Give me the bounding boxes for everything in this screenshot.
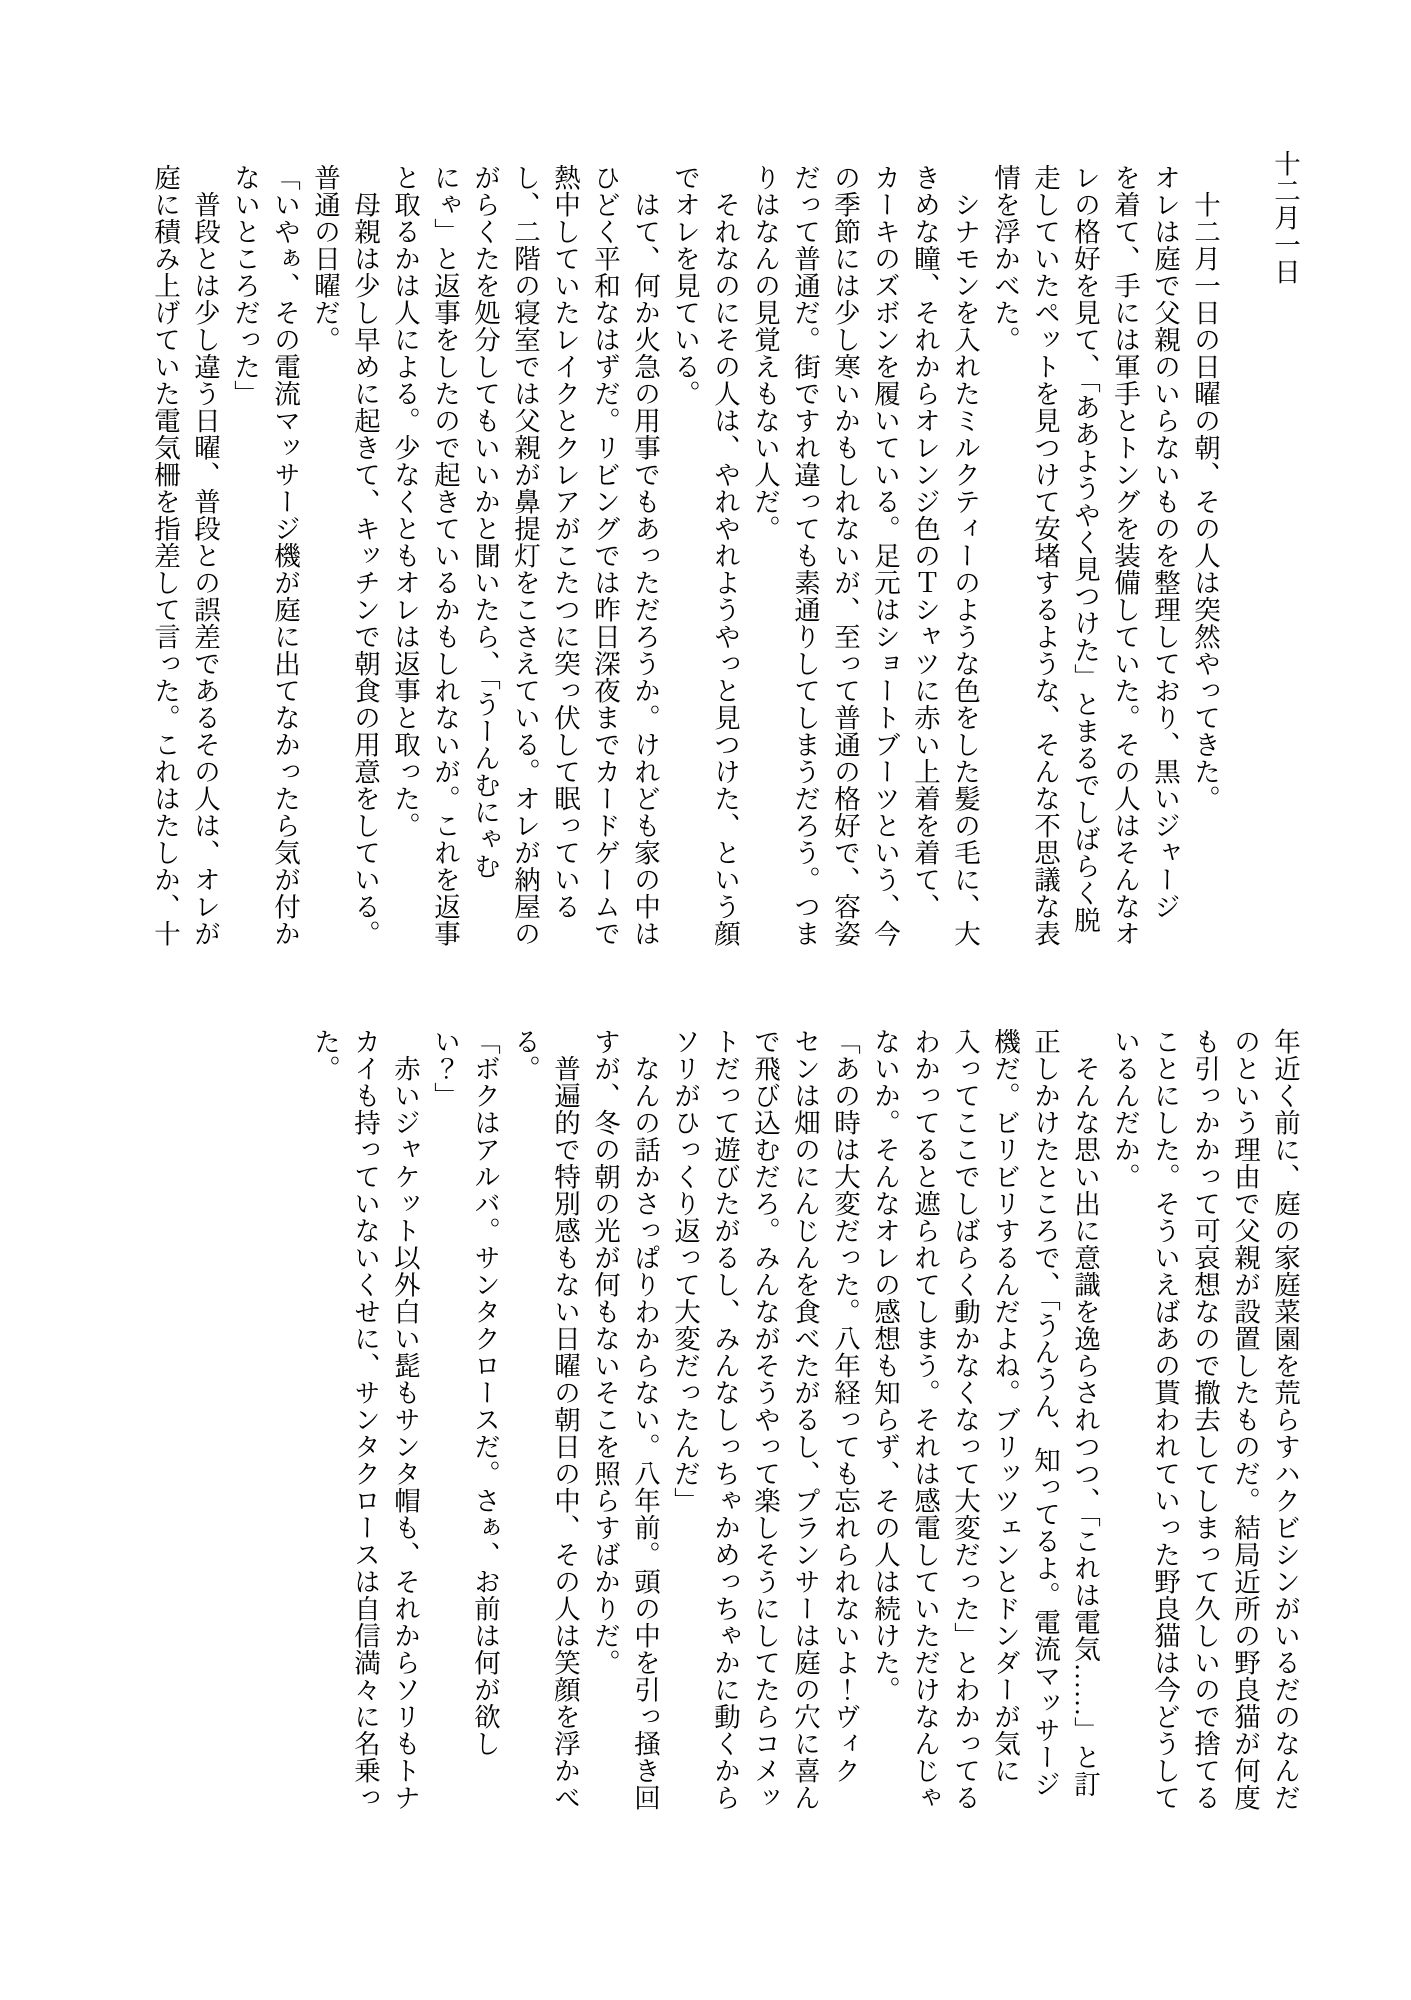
text-column: わかってると遮られてしまう。それは感電していただけなんじゃ (905, 1028, 945, 1804)
text-column: 普通の日曜だ。 (305, 150, 345, 940)
text-band-bottom: 年近く前に、庭の家庭菜園を荒らすハクビシンがいるだのなんだのという理由で父親が設… (305, 1028, 1305, 1804)
text-column: い？」 (425, 1028, 465, 1804)
text-column: カーキのズボンを履いている。足元はショートブーツという、今 (865, 150, 905, 940)
text-column: し、二階の寝室では父親が鼻提灯をこさえている。オレが納屋の (505, 150, 545, 940)
text-column: 赤いジャケット以外白い髭もサンタ帽も、それからソリもトナ (385, 1028, 425, 1804)
text-column: 年近く前に、庭の家庭菜園を荒らすハクビシンがいるだのなんだ (1265, 1028, 1305, 1804)
text-column: る。 (505, 1028, 545, 1804)
text-column: でオレを見ている。 (665, 150, 705, 940)
text-column: すが、冬の朝の光が何もないそこを照らすばかりだ。 (585, 1028, 625, 1804)
text-column: 母親は少し早めに起きて、キッチンで朝食の用意をしている。 (345, 150, 385, 940)
text-column: レの格好を見て、「ああようやく見つけた」とまるでしばらく脱 (1065, 150, 1105, 940)
text-column: と取るかは人による。少なくともオレは返事と取った。 (385, 150, 425, 940)
text-column: 普遍的で特別感もない日曜の朝日の中、その人は笑顔を浮かべ (545, 1028, 585, 1804)
text-column: にゃ」と返事をしたので起きているかもしれないが。これを返事 (425, 150, 465, 940)
text-column: ことにした。そういえばあの貰われていった野良猫は今どうして (1145, 1028, 1185, 1804)
text-column: の季節には少し寒いかもしれないが、至って普通の格好で、容姿 (825, 150, 865, 940)
text-column: 走していたペットを見つけて安堵するような、そんな不思議な表 (1025, 150, 1065, 940)
text-column: 正しかけたところで、「うんうん、知ってるよ。電流マッサージ (1025, 1028, 1065, 1804)
page-title: 十二月一日 (1265, 150, 1305, 940)
text-column: も引っかかって可哀想なので撤去してしまって久しいので捨てる (1185, 1028, 1225, 1804)
text-column: カイも持っていないくせに、サンタクロースは自信満々に名乗っ (345, 1028, 385, 1804)
text-column: た。 (305, 1028, 345, 1804)
text-column: いるんだか。 (1105, 1028, 1145, 1804)
text-column: 「ボクはアルバ。サンタクロースだ。さぁ、お前は何が欲し (465, 1028, 505, 1804)
text-column: で飛び込むだろ。みんながそうやって楽しそうにしてたらコメッ (745, 1028, 785, 1804)
text-column: りはなんの見覚えもない人だ。 (745, 150, 785, 940)
text-column: ソリがひっくり返って大変だったんだ」 (665, 1028, 705, 1804)
text-column: のという理由で父親が設置したものだ。結局近所の野良猫が何度 (1225, 1028, 1265, 1804)
text-column: それなのにその人は、やれやれようやっと見つけた、という顔 (705, 150, 745, 940)
text-column: シナモンを入れたミルクティーのような色をした髪の毛に、大 (945, 150, 985, 940)
document-page: 十二月一日十二月一日の日曜の朝、その人は突然やってきた。オレは庭で父親のいらない… (0, 0, 1411, 2000)
text-column: きめな瞳、それからオレンジ色のＴシャツに赤い上着を着て、 (905, 150, 945, 940)
text-column: 普段とは少し違う日曜、普段との誤差であるその人は、オレが (185, 150, 225, 940)
text-column: 入ってここでしばらく動かなくなって大変だった」とわかってる (945, 1028, 985, 1804)
text-column: 情を浮かべた。 (985, 150, 1025, 940)
text-column: がらくたを処分してもいいかと聞いたら、「うーんむにゃむ (465, 150, 505, 940)
text-column: 十二月一日の日曜の朝、その人は突然やってきた。 (1185, 150, 1225, 940)
text-band-top: 十二月一日十二月一日の日曜の朝、その人は突然やってきた。オレは庭で父親のいらない… (145, 150, 1305, 940)
text-column: そんな思い出に意識を逸らされつつ、「これは電気……」と訂 (1065, 1028, 1105, 1804)
text-column: 「あの時は大変だった。八年経っても忘れられないよ！ヴィク (825, 1028, 865, 1804)
text-column: 熱中していたレイクとクレアがこたつに突っ伏して眠っている (545, 150, 585, 940)
text-column: 機だ。ビリビリするんだよね。ブリッツェンとドンダーが気に (985, 1028, 1025, 1804)
text-column: 「いやぁ、その電流マッサージ機が庭に出てなかったら気が付か (265, 150, 305, 940)
text-column: 庭に積み上げていた電気柵を指差して言った。これはたしか、十 (145, 150, 185, 940)
text-column: オレは庭で父親のいらないものを整理しており、黒いジャージ (1145, 150, 1185, 940)
text-column: センは畑のにんじんを食べたがるし、プランサーは庭の穴に喜ん (785, 1028, 825, 1804)
text-column: ないか。そんなオレの感想も知らず、その人は続けた。 (865, 1028, 905, 1804)
text-column: トだって遊びたがるし、みんなしっちゃかめっちゃかに動くから (705, 1028, 745, 1804)
text-column: だって普通だ。街ですれ違っても素通りしてしまうだろう。つま (785, 150, 825, 940)
text-column: なんの話かさっぱりわからない。八年前。頭の中を引っ掻き回 (625, 1028, 665, 1804)
text-column: を着て、手には軍手とトングを装備していた。その人はそんなオ (1105, 150, 1145, 940)
text-column: ないところだった」 (225, 150, 265, 940)
text-column: ひどく平和なはずだ。リビングでは昨日深夜までカードゲームで (585, 150, 625, 940)
text-column: はて、何か火急の用事でもあっただろうか。けれども家の中は (625, 150, 665, 940)
